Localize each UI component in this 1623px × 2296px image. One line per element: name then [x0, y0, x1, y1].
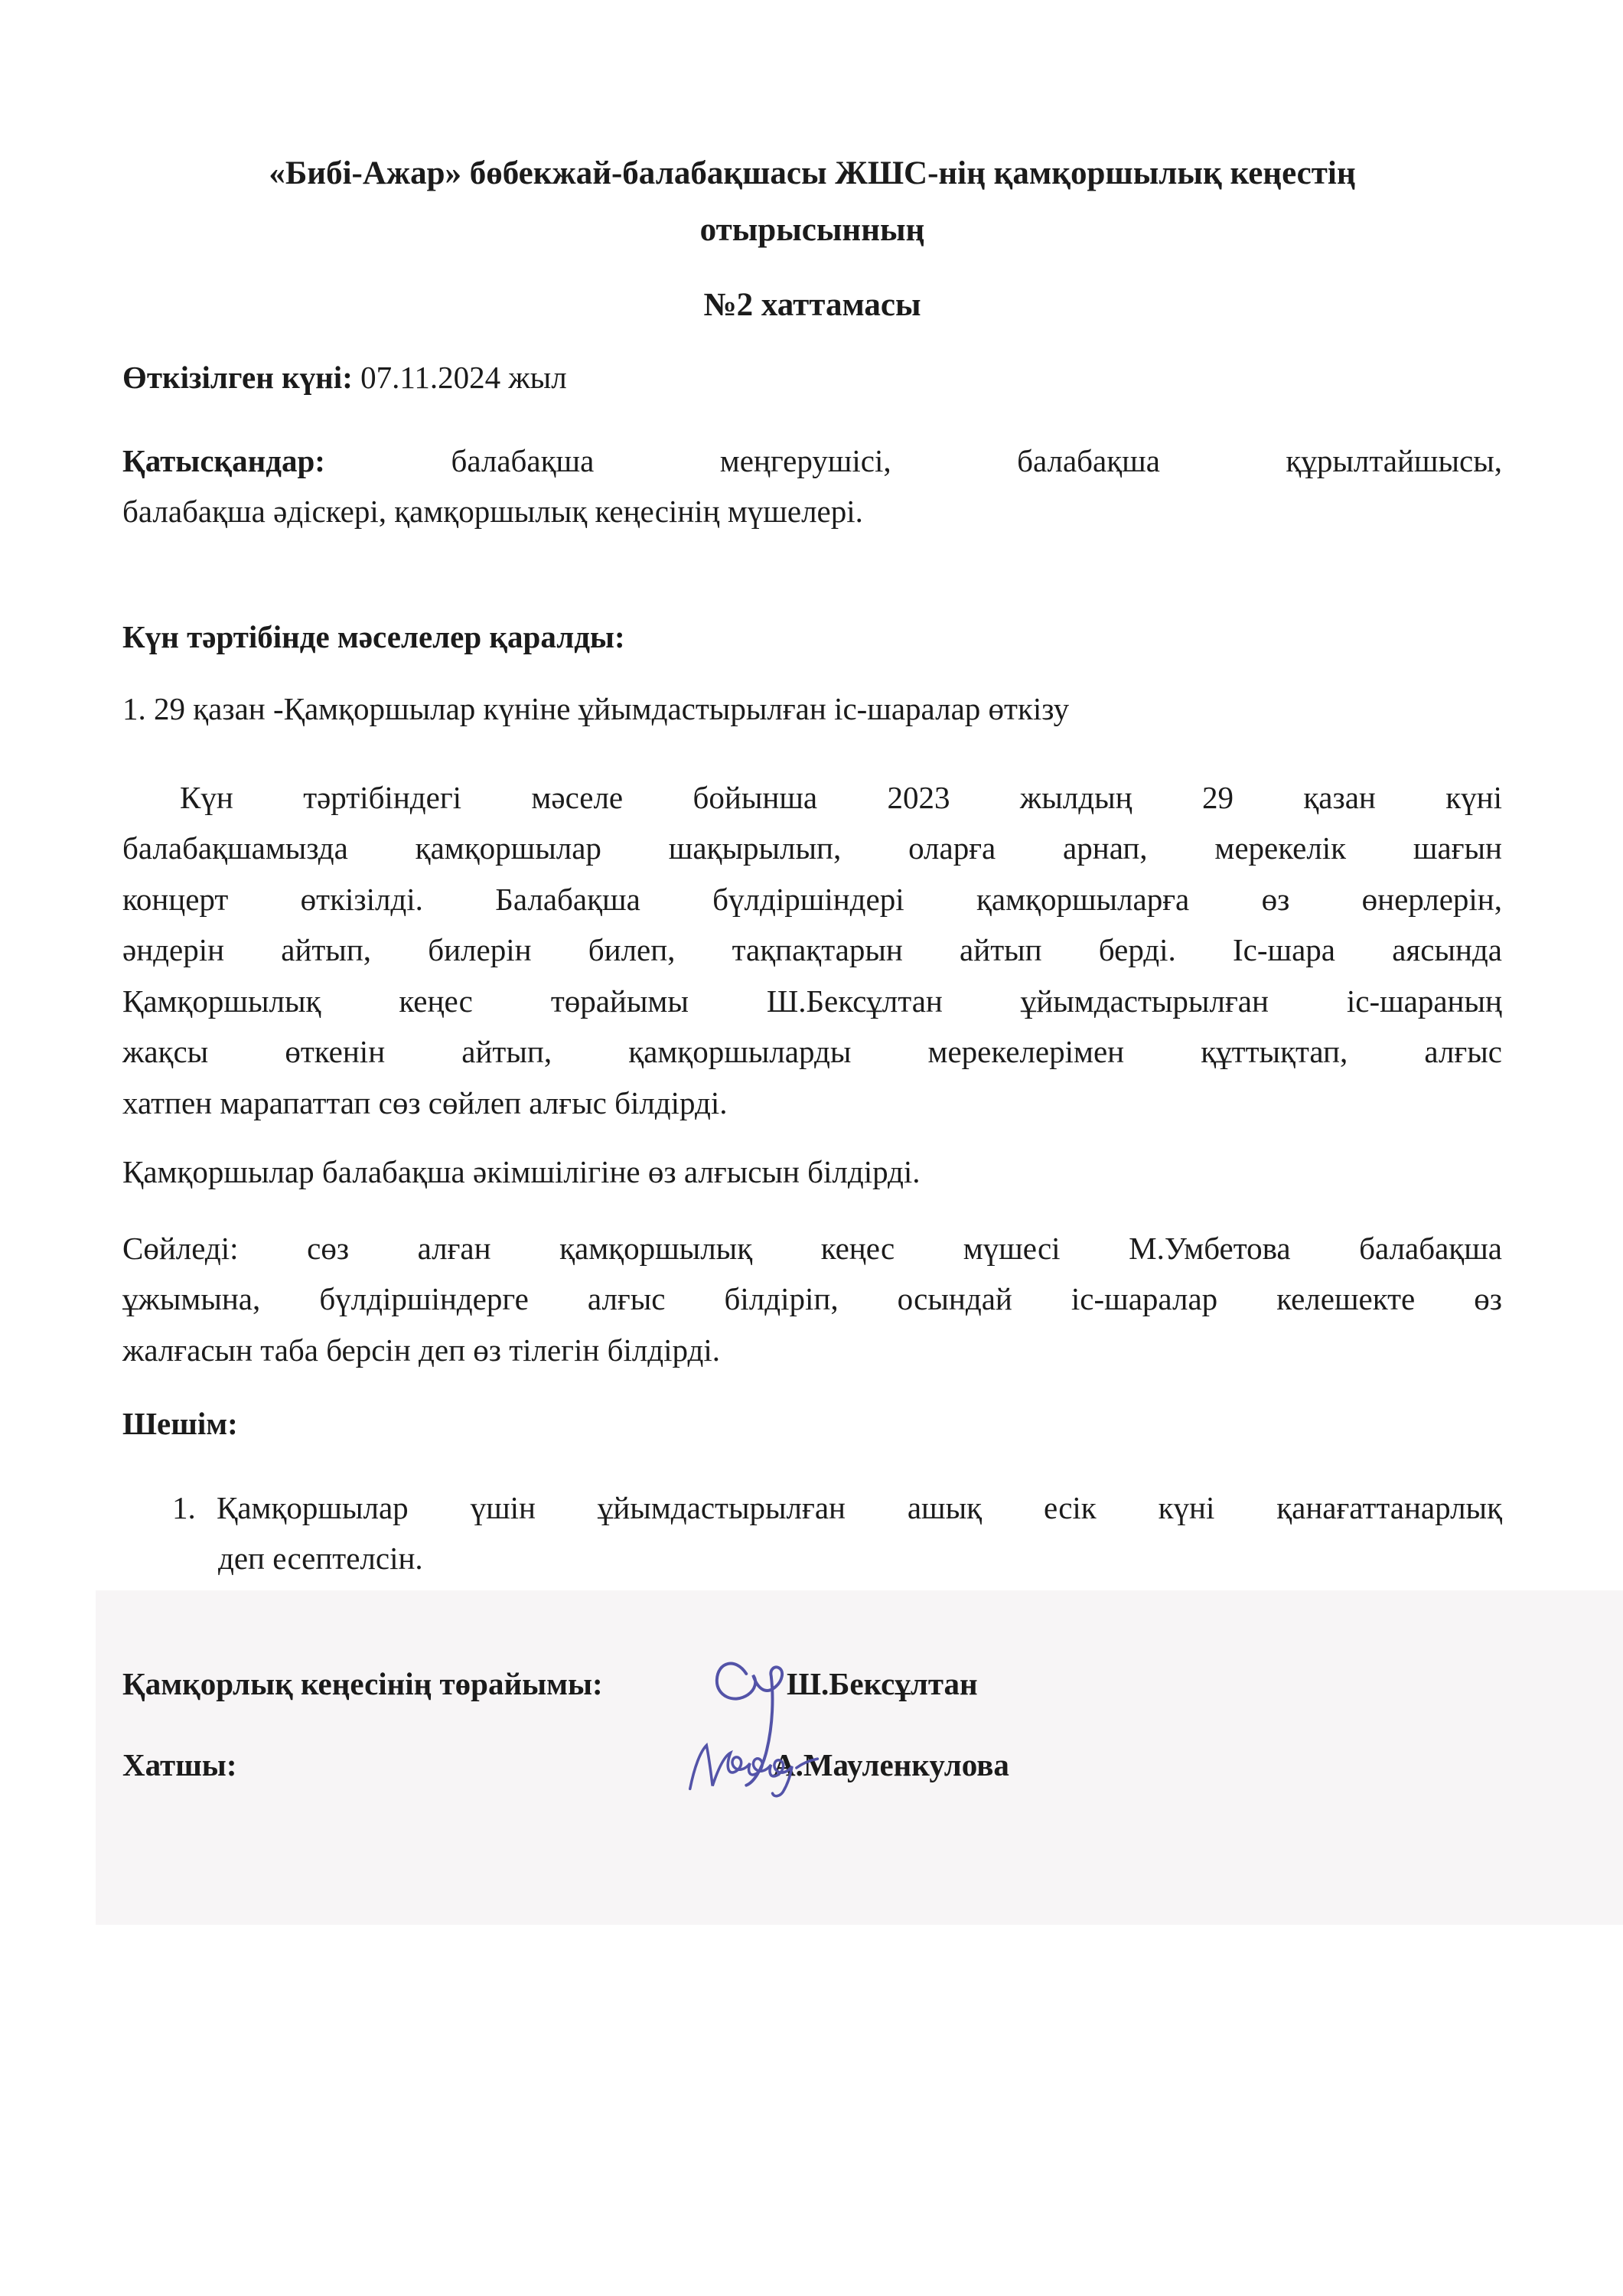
body-line: хатпен марапаттап сөз сөйлеп алғыс білді… — [122, 1078, 1502, 1129]
gratitude-paragraph: Қамқоршылар балабақша әкімшілігіне өз ал… — [122, 1146, 1502, 1198]
speech-line: ұжымына, бүлдіршіндерге алғыс білдіріп, … — [122, 1274, 1502, 1325]
decision-line-2: деп есептелсін. — [172, 1533, 1502, 1584]
participants-paragraph: Қатысқандар: балабақша меңгерушісі, бала… — [122, 435, 1502, 537]
decision-line-1: 1.Қамқоршылар үшін ұйымдастырылған ашық … — [172, 1482, 1502, 1534]
date-line: Өткізілген күні: 07.11.2024 жыл — [122, 352, 1502, 403]
decision-heading: Шешім: — [122, 1398, 1502, 1450]
body-line: балабақшамызда қамқоршылар шақырылып, ол… — [122, 823, 1502, 874]
document-page: «Бибі-Ажар» бөбекжай-балабақшасы ЖШС-нің… — [0, 0, 1623, 2296]
body-line: Күн тәртібіндегі мәселе бойынша 2023 жыл… — [122, 772, 1502, 823]
body-line: концерт өткізілді. Балабақша бүлдіршінде… — [122, 874, 1502, 925]
decision-item-text: Қамқоршылар үшін ұйымдастырылған ашық ес… — [217, 1490, 1502, 1525]
document-content: «Бибі-Ажар» бөбекжай-балабақшасы ЖШС-нің… — [122, 0, 1502, 1791]
document-title: «Бибі-Ажар» бөбекжай-балабақшасы ЖШС-нің… — [122, 145, 1502, 259]
participants-line-1: Қатысқандар: балабақша меңгерушісі, бала… — [122, 435, 1502, 487]
signature-row-chair: Қамқорлық кеңесінің төрайымы: Ш.Бексұлта… — [122, 1658, 1502, 1710]
decision-item-number: 1. — [172, 1482, 217, 1534]
signature-secretary-ink — [683, 1726, 827, 1801]
speech-line: жалғасын таба берсін деп өз тілегін білд… — [122, 1325, 1502, 1376]
title-line-2: отырысынның — [122, 202, 1502, 259]
speech-paragraph: Сөйледі: сөз алған қамқоршылық кеңес мүш… — [122, 1223, 1502, 1376]
signature-secretary-label: Хатшы: — [122, 1747, 236, 1782]
body-line: жақсы өткенін айтып, қамқоршыларды мерек… — [122, 1026, 1502, 1078]
signature-chair-name: Ш.Бексұлтан — [787, 1658, 978, 1710]
signature-chair-label: Қамқорлық кеңесінің төрайымы: — [122, 1666, 603, 1701]
date-value: 07.11.2024 жыл — [360, 360, 567, 395]
agenda-heading: Күн тәртібінде мәселелер қаралды: — [122, 612, 1502, 663]
body-line: әндерін айтып, билерін билеп, тақпақтары… — [122, 925, 1502, 976]
agenda-item: 1. 29 қазан -Қамқоршылар күніне ұйымдаст… — [122, 683, 1502, 735]
protocol-number: №2 хаттамасы — [122, 277, 1502, 334]
participants-label: Қатысқандар: — [122, 443, 325, 478]
participants-line-2: балабақша әдіскері, қамқоршылық кеңесіні… — [122, 486, 1502, 537]
participants-text-1: балабақша меңгерушісі, балабақша құрылта… — [451, 443, 1502, 478]
body-line: Қамқоршылық кеңес төрайымы Ш.Бексұлтан ұ… — [122, 976, 1502, 1027]
speech-line: Сөйледі: сөз алған қамқоршылық кеңес мүш… — [122, 1223, 1502, 1274]
decision-item: 1.Қамқоршылар үшін ұйымдастырылған ашық … — [122, 1482, 1502, 1584]
body-paragraph: Күн тәртібіндегі мәселе бойынша 2023 жыл… — [122, 772, 1502, 1129]
date-label: Өткізілген күні: — [122, 360, 353, 395]
title-line-1: «Бибі-Ажар» бөбекжай-балабақшасы ЖШС-нің… — [122, 145, 1502, 202]
